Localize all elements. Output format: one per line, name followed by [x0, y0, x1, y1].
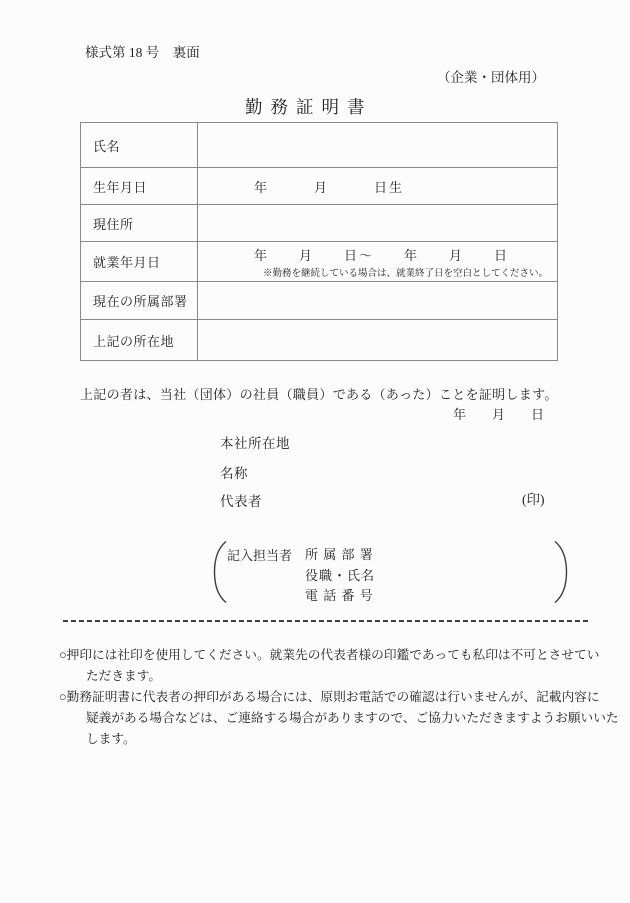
row-value-name — [198, 123, 557, 167]
note-marker: ○ — [59, 648, 67, 662]
note-text: 勤務証明書に代表者の押印がある場合には、原則お電話での確認は行いませんが、記載内… — [67, 690, 600, 704]
row-label-birthdate: 生年月日 — [81, 168, 198, 204]
table-row-employment-period: 就業年月日 年 月 日～ 年 月 日 ※勤務を継続している場合は、就業終了日を空… — [81, 242, 557, 282]
document-title: 勤務証明書 — [245, 94, 373, 119]
note-line: ○押印には社印を使用してください。就業先の代表者様の印鑑であっても私印は不可とさ… — [59, 645, 619, 666]
staff-field-phone: 電 話 番 号 — [305, 586, 375, 607]
left-paren-icon — [212, 540, 228, 609]
staff-heading: 記入担当者 — [227, 545, 292, 607]
note-line: 疑義がある場合などは、ご連絡する場合がありますので、ご協力いただきますようお願い… — [59, 708, 619, 729]
table-row-name: 氏名 — [81, 123, 557, 168]
row-label-department-address: 上記の所在地 — [81, 320, 198, 360]
staff-field-title-name: 役職・氏名 — [305, 566, 375, 587]
staff-box: 記入担当者 所 属 部 署 役職・氏名 電 話 番 号 — [227, 545, 375, 607]
row-value-employment-period: 年 月 日～ 年 月 日 ※勤務を継続している場合は、就業終了日を空白としてくだ… — [198, 242, 557, 281]
note-text: 押印には社印を使用してください。就業先の代表者様の印鑑であっても私印は不可とさせ… — [67, 648, 600, 662]
row-value-department — [198, 282, 557, 319]
head-office-label: 本社所在地 — [220, 432, 290, 452]
table-row-department-address: 上記の所在地 — [81, 320, 557, 360]
employment-period-placeholder: 年 月 日～ 年 月 日 — [198, 245, 557, 264]
note-marker: ○ — [59, 690, 67, 704]
table-row-birthdate: 生年月日 年 月 日生 — [81, 168, 557, 205]
employment-period-note: ※勤務を継続している場合は、就業終了日を空白としてください。 — [198, 265, 557, 279]
table-row-department: 現在の所属部署 — [81, 282, 557, 320]
staff-field-department: 所 属 部 署 — [305, 545, 375, 566]
row-value-address — [198, 205, 557, 241]
row-label-address: 現住所 — [81, 205, 198, 241]
seal-mark: (印) — [522, 488, 545, 508]
staff-fields: 所 属 部 署 役職・氏名 電 話 番 号 — [305, 545, 375, 607]
document-page: 様式第 18 号 裏面 （企業・団体用） 勤務証明書 氏名 生年月日 年 月 日… — [0, 0, 630, 903]
row-label-employment-period: 就業年月日 — [81, 242, 198, 281]
certification-statement: 上記の者は、当社（団体）の社員（職員）である（あった）ことを証明します。 — [80, 384, 558, 403]
note-line: ただきます。 — [59, 666, 619, 687]
dashed-divider — [63, 620, 588, 622]
issue-date-placeholder: 年 月 日 — [453, 404, 544, 423]
company-name-label: 名称 — [220, 462, 248, 482]
table-row-address: 現住所 — [81, 205, 557, 242]
notes-section: ○押印には社印を使用してください。就業先の代表者様の印鑑であっても私印は不可とさ… — [59, 645, 619, 750]
row-label-name: 氏名 — [81, 123, 198, 167]
row-value-department-address — [198, 320, 557, 360]
row-value-birthdate: 年 月 日生 — [198, 168, 557, 204]
representative-label: 代表者 — [220, 490, 262, 510]
note-line: ○勤務証明書に代表者の押印がある場合には、原則お電話での確認は行いませんが、記載… — [59, 687, 619, 708]
right-paren-icon — [553, 540, 569, 609]
birthdate-placeholder: 年 月 日生 — [198, 177, 404, 196]
certificate-table: 氏名 生年月日 年 月 日生 現住所 就業年月日 年 月 日～ 年 月 日 ※勤… — [80, 122, 558, 361]
form-number: 様式第 18 号 裏面 — [85, 41, 200, 61]
note-line: します。 — [59, 729, 619, 750]
row-label-department: 現在の所属部署 — [81, 282, 198, 319]
audience-label: （企業・団体用） — [437, 66, 545, 86]
